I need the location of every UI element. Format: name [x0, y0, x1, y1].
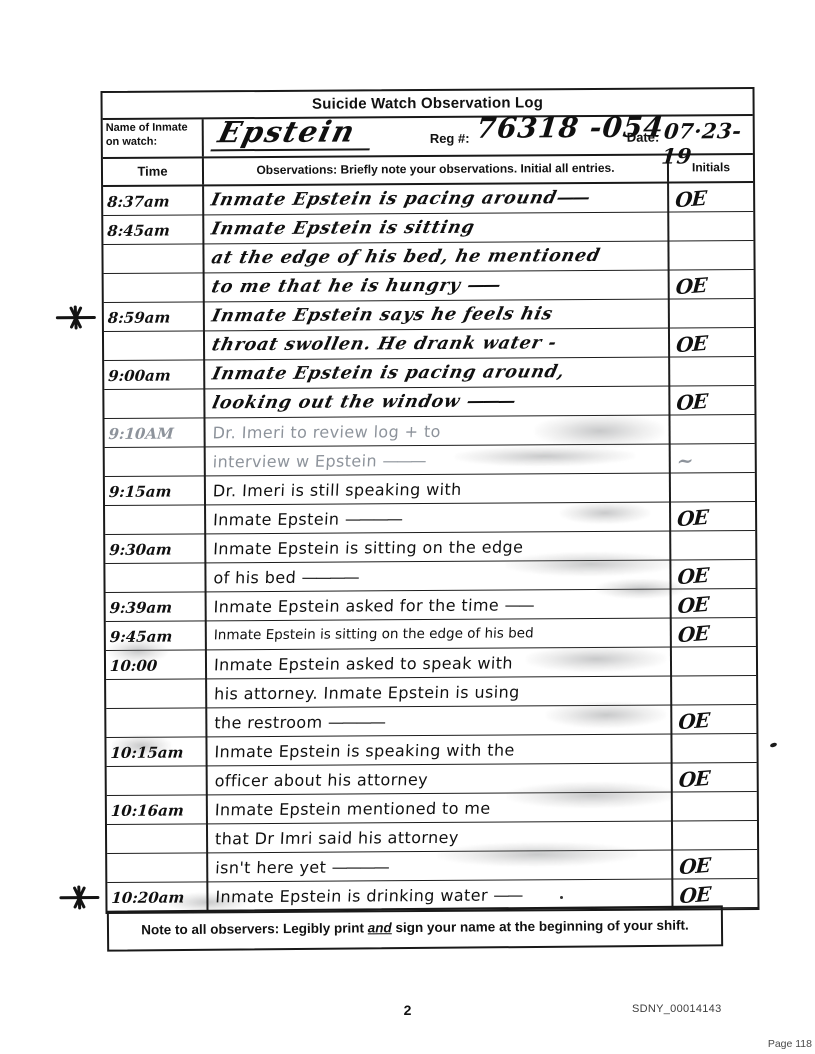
log-row: 9:00amInmate Epstein is pacing around, — [104, 357, 754, 390]
inmate-header-row: Name of Inmate on watch: Epstein Reg #: … — [103, 116, 753, 159]
log-row: the restroom ————OE — [106, 705, 756, 738]
time-cell: 8:45am — [106, 215, 202, 246]
initials-cell: OE — [675, 325, 755, 359]
observation-cell: Inmate Epstein is pacing around—— — [208, 184, 667, 216]
log-row: 9:10AMDr. Imeri to review log + to — [104, 415, 754, 448]
note-text-suffix: sign your name at the beginning of your … — [392, 918, 689, 936]
date-label: Date: — [627, 130, 660, 145]
log-row: looking out the window ———OE — [104, 386, 754, 419]
initials-cell: OE — [676, 499, 756, 533]
log-row: 8:45amInmate Epstein is sitting — [103, 212, 753, 245]
observation-cell: Inmate Epstein says he feels his — [209, 300, 668, 332]
time-cell — [110, 708, 204, 709]
time-cell: 10:20am — [110, 882, 206, 913]
time-cell: 9:30am — [108, 534, 204, 565]
observer-note-box: Note to all observers: Legibly print and… — [107, 905, 723, 951]
stray-ink-dot — [770, 742, 778, 748]
time-cell — [111, 853, 205, 854]
bates-number: SDNY_00014143 — [632, 1003, 722, 1015]
observation-cell: Inmate Epstein is speaking with the — [214, 735, 667, 767]
log-row: of his bed ————OE — [105, 560, 755, 593]
log-row: 10:00Inmate Epstein asked to speak with — [106, 647, 756, 680]
name-of-inmate-label: Name of Inmate on watch: — [103, 119, 204, 157]
observation-cell: at the edge of his bed, he mentioned — [208, 242, 667, 274]
observation-cell: officer about his attorney — [214, 764, 667, 796]
inmate-name-value: Epstein — [210, 114, 377, 151]
page-label: Page 118 — [768, 1038, 812, 1050]
observation-cell: Inmate Epstein is sitting on the edge — [213, 532, 666, 564]
time-cell: 9:00am — [107, 360, 203, 391]
log-row: at the edge of his bed, he mentioned — [103, 241, 753, 274]
time-cell: 9:15am — [108, 476, 204, 507]
observation-cell: of his bed ———— — [213, 561, 666, 593]
log-row: isn't here yet ————OE — [107, 850, 757, 883]
name-label-line1: Name of Inmate — [106, 121, 188, 134]
observation-cell: throat swollen. He drank water - — [209, 329, 668, 361]
date-value: 07·23-19 — [660, 118, 755, 169]
log-row: 8:59amInmate Epstein says he feels his — [104, 299, 754, 332]
reg-number-label: Reg #: — [430, 131, 470, 146]
time-cell: 10:15am — [110, 737, 206, 768]
log-row: that Dr Imri said his attorney — [107, 821, 757, 854]
time-cell: 10:00 — [109, 650, 205, 681]
observation-cell: his attorney. Inmate Epstein is using — [214, 677, 667, 709]
note-text-emphasis: and — [368, 920, 392, 935]
observation-cell: to me that he is hungry —— — [208, 271, 667, 303]
column-header-time: Time — [103, 158, 204, 185]
note-text-prefix: Note to all observers: Legibly print — [141, 920, 368, 937]
initials-cell: OE — [676, 383, 756, 417]
initials-cell: OE — [677, 615, 757, 649]
observation-cell: isn't here yet ———— — [215, 851, 668, 883]
observation-cell: Inmate Epstein is pacing around, — [209, 358, 668, 390]
log-row: 9:30amInmate Epstein is sitting on the e… — [105, 531, 755, 564]
log-row: his attorney. Inmate Epstein is using — [106, 676, 756, 709]
initials-cell: OE — [678, 702, 758, 736]
observation-cell: Inmate Epstein asked for the time —— — [213, 590, 666, 622]
observation-log-table: Suicide Watch Observation Log Name of In… — [100, 87, 759, 914]
time-cell: 9:10AM — [108, 418, 204, 449]
observation-cell: that Dr Imri said his attorney — [214, 822, 667, 854]
observation-cell: Dr. Imeri is still speaking with — [212, 474, 665, 506]
margin-asterisk — [58, 306, 96, 328]
observation-cell: Inmate Epstein is sitting — [208, 213, 667, 245]
time-cell: 8:37am — [106, 186, 202, 217]
log-row: 9:39amInmate Epstein asked for the time … — [106, 589, 756, 622]
column-header-observations: Observations: Briefly note your observat… — [204, 156, 669, 185]
time-cell: 9:39am — [109, 592, 205, 623]
log-row: to me that he is hungry ——OE — [104, 270, 754, 303]
observation-cell: Inmate Epstein is sitting on the edge of… — [213, 619, 666, 651]
observation-cell: Inmate Epstein asked to speak with — [213, 648, 666, 680]
log-row: 8:37amInmate Epstein is pacing around——O… — [103, 183, 753, 216]
log-row: interview w Epstein ———~ — [105, 444, 755, 477]
observation-cell: interview w Epstein ——— — [212, 445, 665, 477]
observation-cell: Inmate Epstein mentioned to me — [214, 793, 667, 825]
initials-cell: OE — [674, 180, 754, 214]
time-cell: 10:16am — [110, 795, 206, 826]
time-cell: 8:59am — [107, 302, 203, 333]
observation-cell: looking out the window ——— — [209, 387, 668, 419]
initials-cell: OE — [678, 760, 758, 794]
initials-cell: OE — [675, 267, 755, 301]
scanned-document-page: Suicide Watch Observation Log Name of In… — [0, 0, 815, 1054]
log-row: officer about his attorneyOE — [107, 763, 757, 796]
scan-speck — [560, 896, 563, 899]
log-row: Inmate Epstein ————OE — [105, 502, 755, 535]
margin-asterisk — [61, 886, 99, 908]
log-row: 9:45amInmate Epstein is sitting on the e… — [106, 618, 756, 651]
time-cell: 9:45am — [109, 621, 205, 652]
log-row: 9:15amDr. Imeri is still speaking with — [105, 473, 755, 506]
log-row: 10:15amInmate Epstein is speaking with t… — [106, 734, 756, 767]
time-cell — [108, 273, 202, 274]
log-row: throat swollen. He drank water -OE — [104, 328, 754, 361]
column-header-row: Time Observations: Briefly note your obs… — [103, 155, 753, 187]
observation-cell: Inmate Epstein ———— — [212, 503, 665, 535]
observation-rows: 8:37amInmate Epstein is pacing around——O… — [103, 183, 757, 912]
log-row: 10:16amInmate Epstein mentioned to me — [107, 792, 757, 825]
observation-cell: Dr. Imeri to review log + to — [212, 416, 665, 448]
observation-cell: the restroom ———— — [214, 706, 667, 738]
name-label-line2: on watch: — [106, 135, 157, 147]
initials-cell: ~ — [676, 441, 756, 475]
